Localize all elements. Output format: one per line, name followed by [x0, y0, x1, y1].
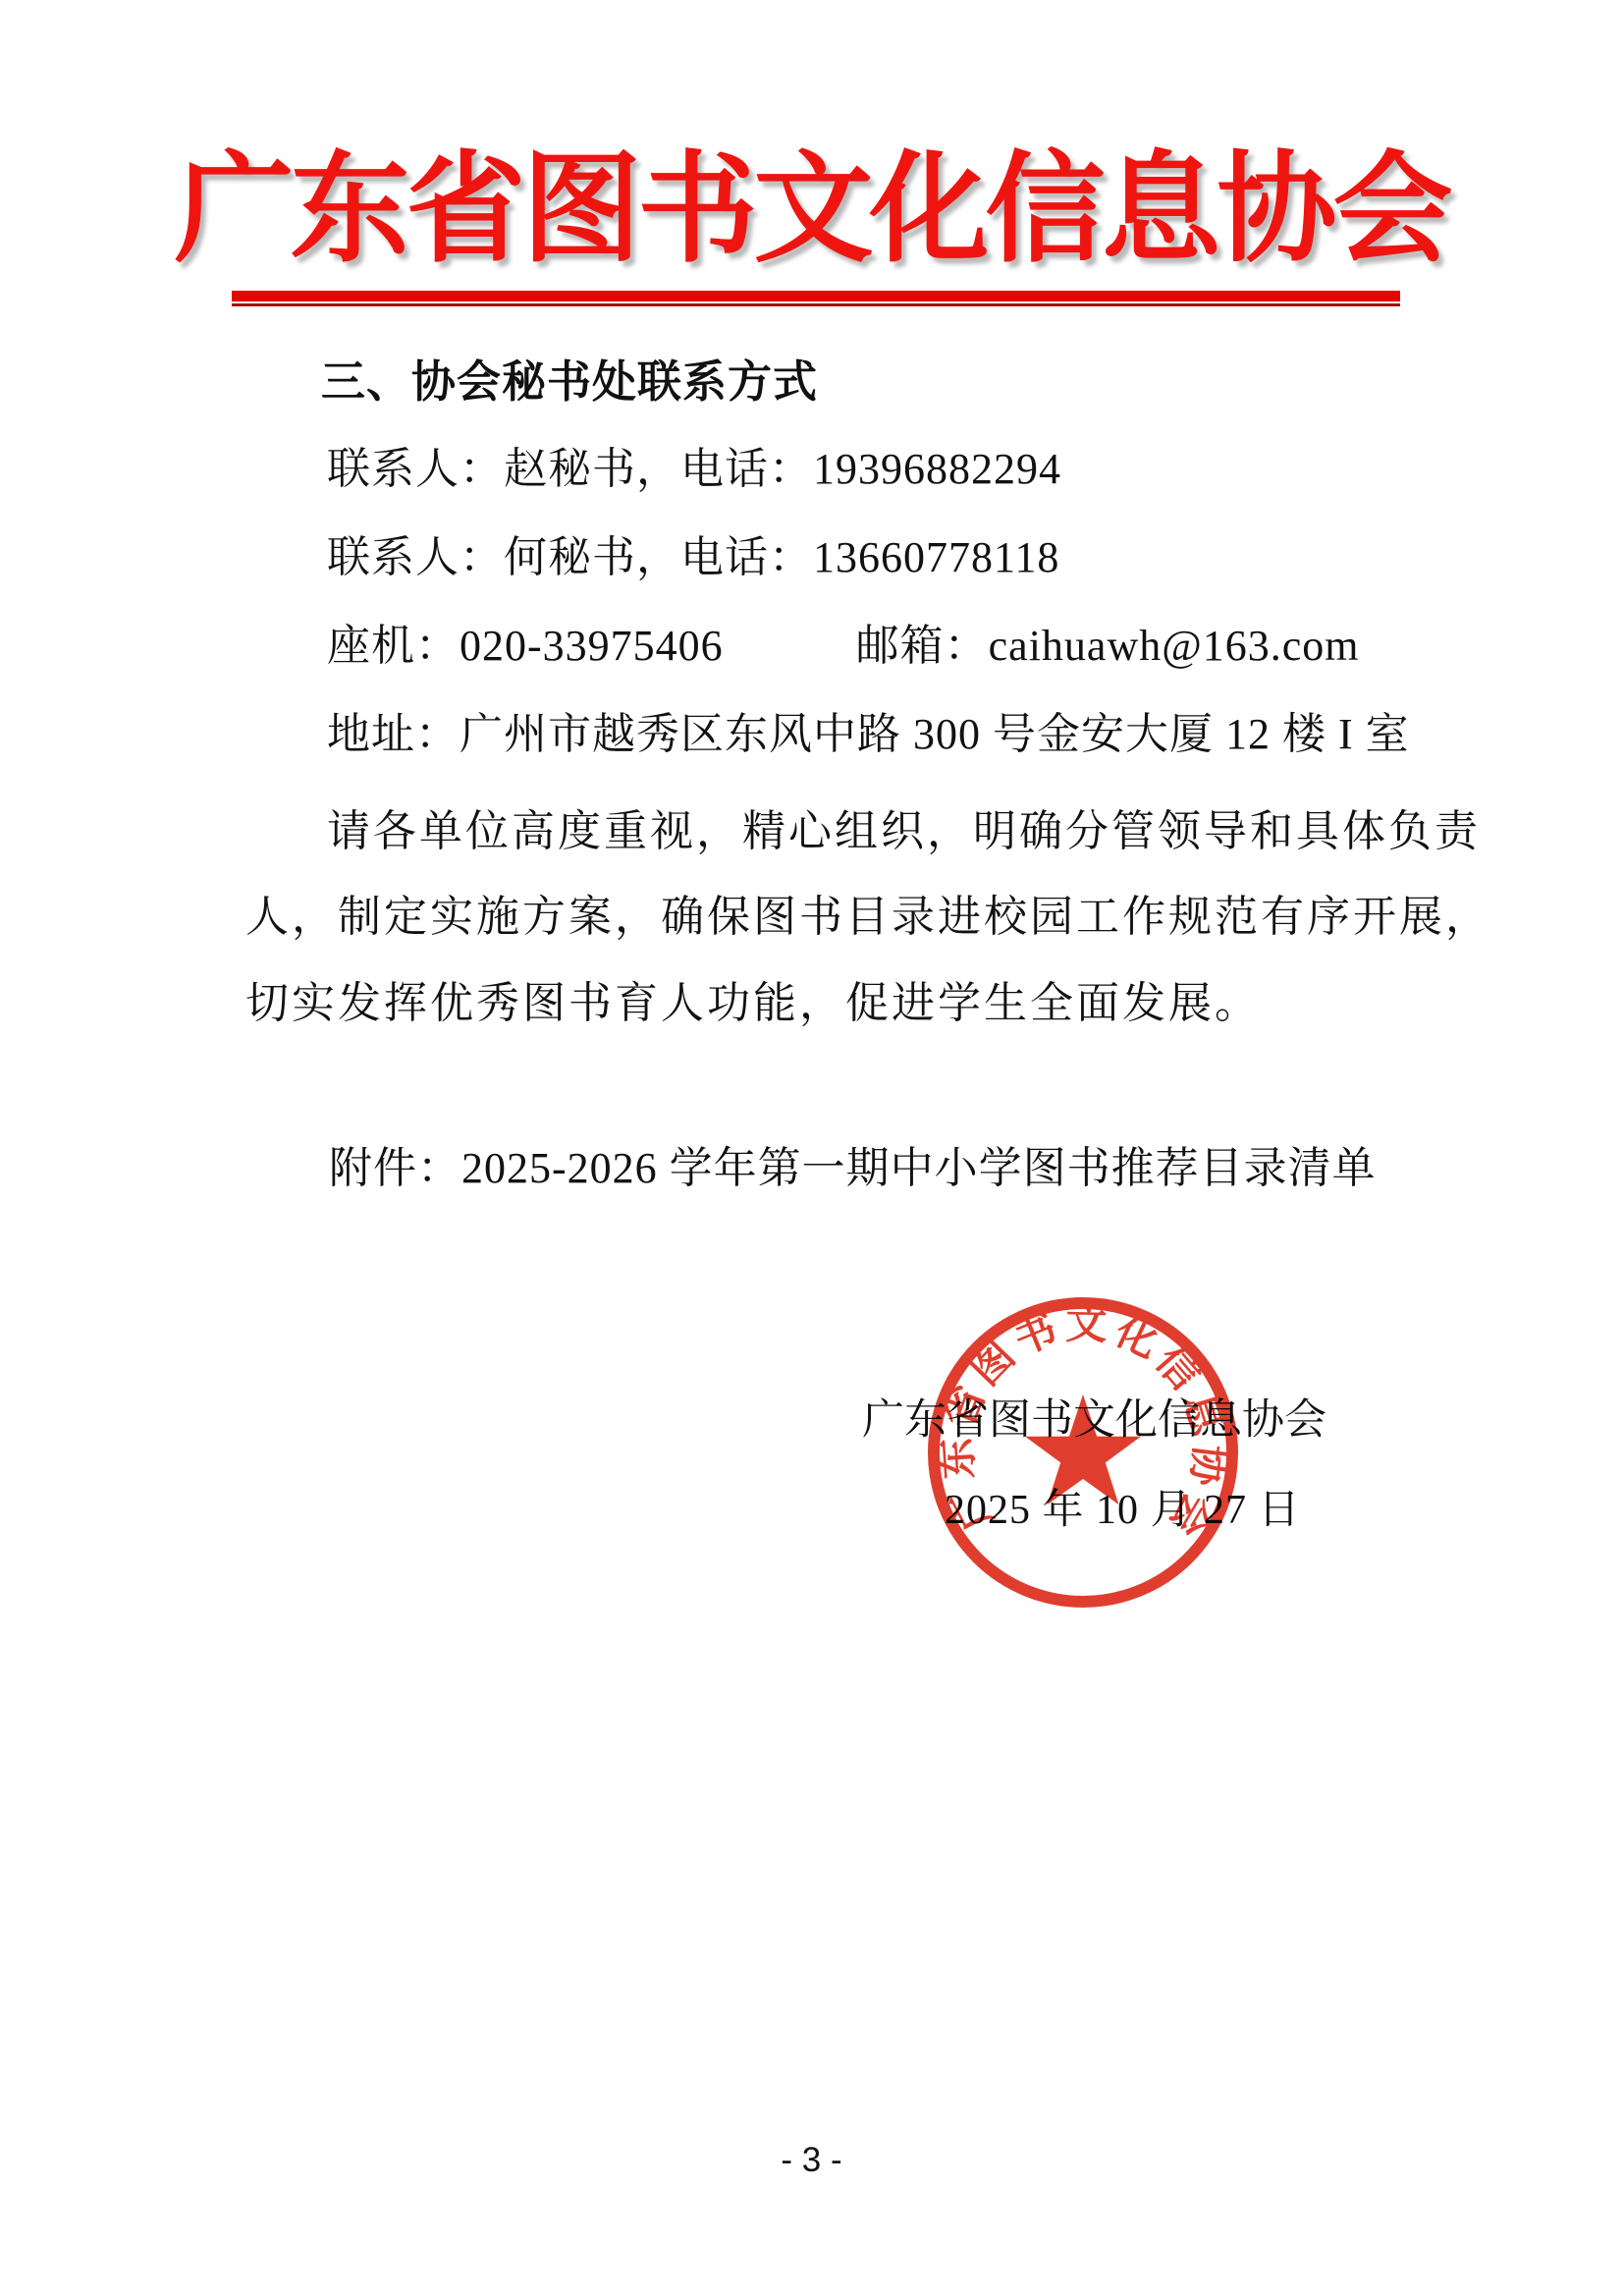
section-heading: 三、协会秘书处联系方式 — [321, 346, 818, 410]
letterhead-rule-thick — [232, 291, 1400, 301]
contact-line-he: 联系人：何秘书，电话：13660778118 — [327, 521, 1059, 584]
contact-line-zhao: 联系人：赵秘书，电话：19396882294 — [327, 433, 1061, 496]
page-number: - 3 - — [781, 2141, 841, 2180]
letterhead-rule — [232, 291, 1400, 306]
official-seal: 广东省图书文化信息协会 — [921, 1290, 1245, 1614]
document-page: 广东省图书文化信息协会 三、协会秘书处联系方式 联系人：赵秘书，电话：19396… — [0, 0, 1623, 2296]
paragraph-line: 切实发挥优秀图书育人功能，促进学生全面发展。 — [245, 967, 1261, 1030]
paragraph-line: 人，制定实施方案，确保图书目录进校园工作规范有序开展， — [245, 881, 1491, 944]
letterhead-rule-thin — [232, 303, 1400, 306]
letterhead-title: 广东省图书文化信息协会 — [175, 137, 1449, 285]
attachment-line: 附件：2025-2026 学年第一期中小学图书推荐目录清单 — [329, 1132, 1377, 1195]
contact-line-address: 地址：广州市越秀区东风中路 300 号金安大厦 12 楼 I 室 — [327, 698, 1410, 761]
paragraph-line: 请各单位高度重视，精心组织，明确分管领导和具体负责 — [327, 795, 1481, 858]
contact-line-landline-email: 座机：020-33975406 邮箱：caihuawh@163.com — [327, 610, 1360, 673]
star-icon — [1025, 1394, 1141, 1504]
